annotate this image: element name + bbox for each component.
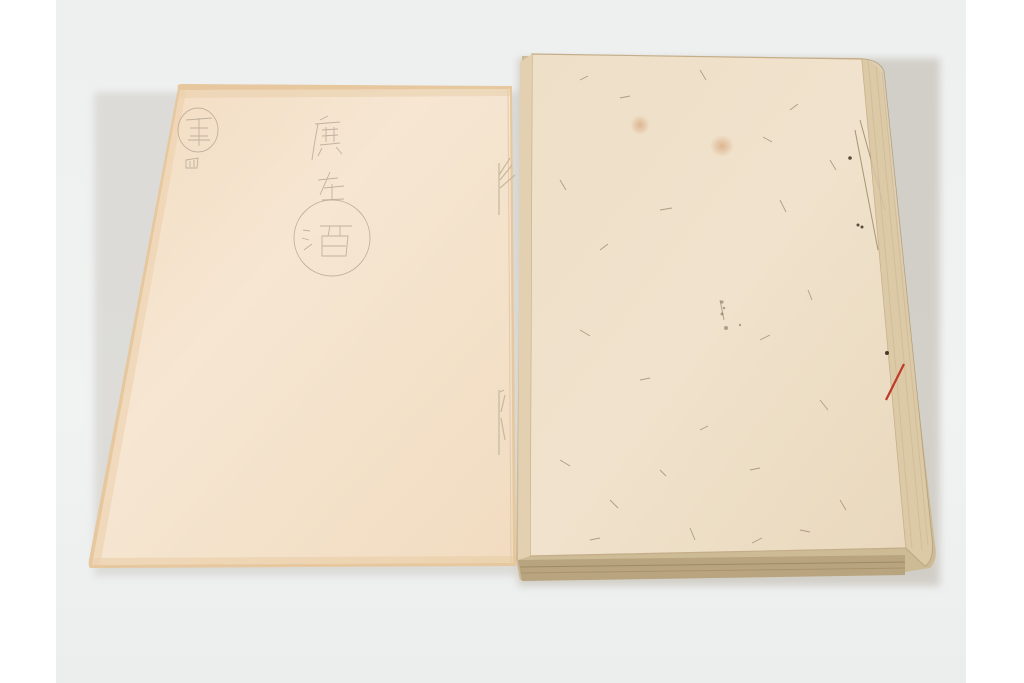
books-illustration [56,0,966,683]
right-book [516,54,936,581]
photo-background [56,0,966,683]
